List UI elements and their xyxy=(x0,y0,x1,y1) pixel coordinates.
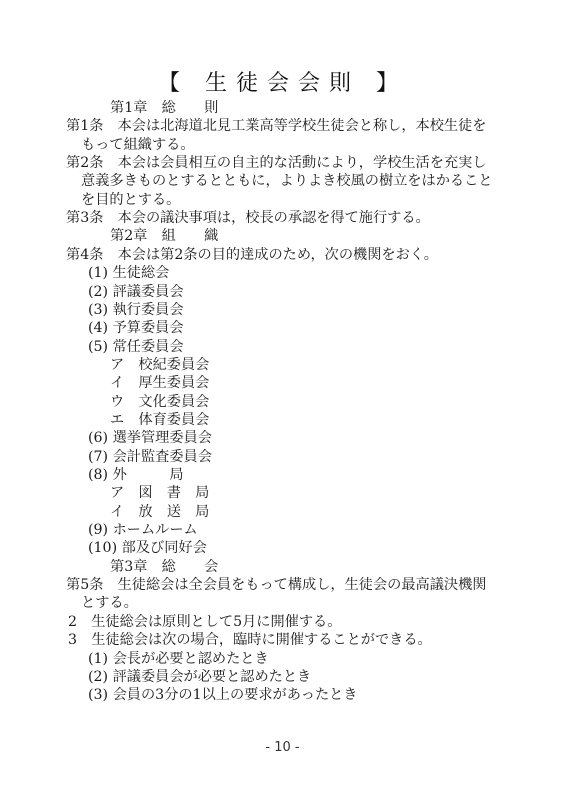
text-line-article: 第5条 生徒総会は全会員をもって構成し，生徒会の最高議決機関 xyxy=(66,576,486,594)
text-line-continuation: とする。 xyxy=(81,594,138,612)
text-line-continuation: 意義多きものとするとともに，よりよき校風の樹立をはかること xyxy=(81,172,492,190)
text-line-item: (2) 評議委員会が必要と認めたとき xyxy=(88,668,311,686)
text-line-item: (3) 執行委員会 xyxy=(88,301,184,319)
text-line-item: (9) ホームルーム xyxy=(88,521,198,539)
document-title: 【 生徒会会則 】 xyxy=(0,66,565,97)
text-line-paragraph: 3 生徒総会は次の場合，臨時に開催することができる。 xyxy=(68,631,432,649)
text-line-subitem: イ 厚生委員会 xyxy=(110,374,209,392)
text-line-item: (2) 評議委員会 xyxy=(88,283,184,301)
text-line-chapter: 第1章 総 則 xyxy=(110,99,218,117)
text-line-continuation: もって組織する。 xyxy=(81,136,195,154)
text-line-item: (7) 会計監査委員会 xyxy=(88,448,212,466)
text-line-item: (6) 選挙管理委員会 xyxy=(88,429,212,447)
text-line-subitem: エ 体育委員会 xyxy=(110,411,209,429)
text-line-item: (1) 生徒総会 xyxy=(88,264,169,282)
text-line-item: (1) 会長が必要と認めたとき xyxy=(88,650,269,668)
text-line-item: (5) 常任委員会 xyxy=(88,338,184,356)
text-line-paragraph: 2 生徒総会は原則として5月に開催する。 xyxy=(68,613,341,631)
text-line-subitem: ア 校紀委員会 xyxy=(110,356,209,374)
text-line-continuation: を目的とする。 xyxy=(81,191,180,209)
text-line-subitem: イ 放 送 局 xyxy=(110,503,209,521)
text-line-article: 第1条 本会は北海道北見工業高等学校生徒会と称し，本校生徒を xyxy=(66,117,486,135)
document-page: 【 生徒会会則 】 第1章 総 則第1条 本会は北海道北見工業高等学校生徒会と称… xyxy=(0,0,565,800)
text-line-item: (10) 部及び同好会 xyxy=(88,539,207,557)
text-line-article: 第3条 本会の議決事項は，校長の承認を得て施行する。 xyxy=(66,209,430,227)
text-line-chapter: 第2章 組 織 xyxy=(110,227,218,245)
text-line-article: 第2条 本会は会員相互の自主的な活動により，学校生活を充実し xyxy=(66,154,486,172)
text-line-item: (8) 外 局 xyxy=(88,466,184,484)
text-line-article: 第4条 本会は第2条の目的達成のため，次の機関をおく。 xyxy=(66,246,438,264)
text-line-item: (4) 予算委員会 xyxy=(88,319,184,337)
text-line-item: (3) 会員の3分の1以上の要求があったとき xyxy=(88,686,358,704)
text-line-subitem: ウ 文化委員会 xyxy=(110,393,209,411)
text-line-chapter: 第3章 総 会 xyxy=(110,558,218,576)
page-number: - 10 - xyxy=(0,740,565,755)
text-line-subitem: ア 図 書 局 xyxy=(110,484,209,502)
